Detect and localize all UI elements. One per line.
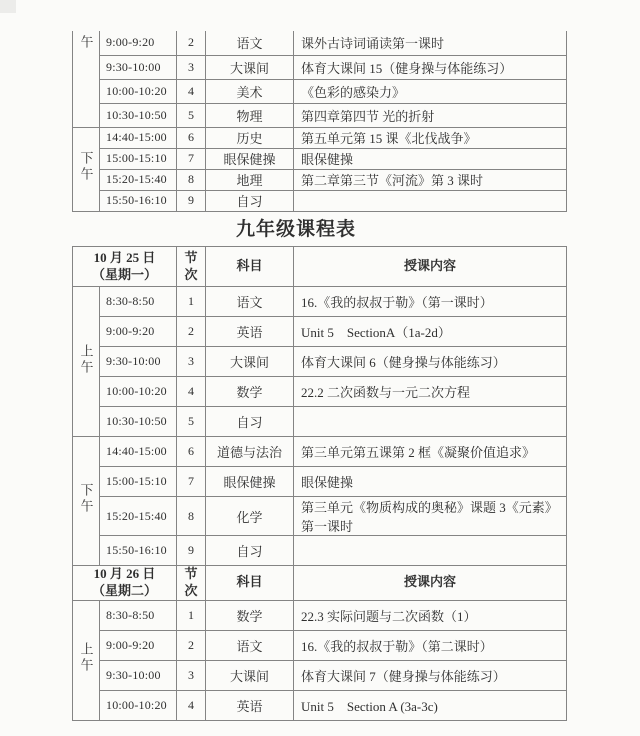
table-row: 下午 14:40-15:00 6 道德与法治 第三单元第五课第 2 框《凝聚价值… xyxy=(73,437,567,467)
subject-cell: 语文 xyxy=(206,31,294,55)
grade9-schedule-table: 10 月 25 日 （星期一） 节 次 科目 授课内容 上午 8:30-8:50… xyxy=(72,246,567,721)
subject-cell: 英语 xyxy=(206,317,294,347)
time-cell: 15:00-15:10 xyxy=(100,148,177,169)
content-cell xyxy=(294,190,567,211)
period-cell: 1 xyxy=(177,287,206,317)
morning-section-label: 午 xyxy=(73,31,100,127)
subject-cell: 大课间 xyxy=(206,55,294,79)
table-row: 15:20-15:40 8 地理 第二章第三节《河流》第 3 课时 xyxy=(73,169,567,190)
period-cell: 7 xyxy=(177,148,206,169)
subject-cell: 英语 xyxy=(206,690,294,720)
period-header-line2: 次 xyxy=(177,583,205,600)
content-cell: 第三单元《物质构成的奥秘》课题 3《元素》第一课时 xyxy=(294,497,567,536)
period-cell: 8 xyxy=(177,497,206,536)
table-row: 10:00-10:20 4 美术 《色彩的感染力》 xyxy=(73,79,567,103)
date-line2: （星期一） xyxy=(73,267,176,284)
content-cell: 第五单元第 15 课《北伐战争》 xyxy=(294,127,567,148)
subject-cell: 道德与法治 xyxy=(206,437,294,467)
date-header-cell: 10 月 26 日 （星期二） xyxy=(73,566,177,601)
content-cell xyxy=(294,536,567,566)
table-row: 9:30-10:00 3 大课间 体育大课间 7（健身操与体能练习） xyxy=(73,660,567,690)
time-cell: 9:00-9:20 xyxy=(100,31,177,55)
period-cell: 3 xyxy=(177,347,206,377)
table-row: 15:00-15:10 7 眼保健操 眼保健操 xyxy=(73,467,567,497)
period-cell: 2 xyxy=(177,31,206,55)
table-row: 10:30-10:50 5 自习 xyxy=(73,407,567,437)
subject-cell: 眼保健操 xyxy=(206,467,294,497)
content-cell: 体育大课间 7（健身操与体能练习） xyxy=(294,660,567,690)
period-cell: 2 xyxy=(177,317,206,347)
subject-cell: 美术 xyxy=(206,79,294,103)
subject-header-cell: 科目 xyxy=(206,247,294,287)
date-header-cell: 10 月 25 日 （星期一） xyxy=(73,247,177,287)
content-cell: Unit 5 SectionA（1a-2d） xyxy=(294,317,567,347)
table-row: 上午 8:30-8:50 1 数学 22.3 实际问题与二次函数（1） xyxy=(73,600,567,630)
time-cell: 10:30-10:50 xyxy=(100,103,177,127)
table-row: 10:00-10:20 4 英语 Unit 5 Section A (3a-3c… xyxy=(73,690,567,720)
time-cell: 10:00-10:20 xyxy=(100,377,177,407)
time-cell: 10:30-10:50 xyxy=(100,407,177,437)
period-header-line1: 节 xyxy=(177,566,205,583)
table-row: 午 9:00-9:20 2 语文 课外古诗词诵读第一课时 xyxy=(73,31,567,55)
time-cell: 15:00-15:10 xyxy=(100,467,177,497)
time-cell: 10:00-10:20 xyxy=(100,79,177,103)
content-cell: 22.2 二次函数与一元二次方程 xyxy=(294,377,567,407)
time-cell: 9:00-9:20 xyxy=(100,317,177,347)
content-cell: 第三单元第五课第 2 框《凝聚价值追求》 xyxy=(294,437,567,467)
time-cell: 10:00-10:20 xyxy=(100,690,177,720)
period-cell: 3 xyxy=(177,55,206,79)
subject-cell: 地理 xyxy=(206,169,294,190)
morning-label-text: 上午 xyxy=(80,642,93,674)
period-cell: 4 xyxy=(177,690,206,720)
period-cell: 5 xyxy=(177,103,206,127)
period-cell: 5 xyxy=(177,407,206,437)
period-header-line2: 次 xyxy=(177,267,205,284)
morning-section-label: 上午 xyxy=(73,600,100,720)
table-row: 10:00-10:20 4 数学 22.2 二次函数与一元二次方程 xyxy=(73,377,567,407)
table-row: 9:00-9:20 2 语文 16.《我的叔叔于勒》（第二课时） xyxy=(73,630,567,660)
subject-cell: 语文 xyxy=(206,287,294,317)
subject-cell: 化学 xyxy=(206,497,294,536)
period-cell: 6 xyxy=(177,437,206,467)
content-cell: 眼保健操 xyxy=(294,467,567,497)
table-row: 15:50-16:10 9 自习 xyxy=(73,190,567,211)
period-cell: 3 xyxy=(177,660,206,690)
content-cell xyxy=(294,407,567,437)
subject-cell: 语文 xyxy=(206,630,294,660)
content-cell: 16.《我的叔叔于勒》（第二课时） xyxy=(294,630,567,660)
table-row: 10:30-10:50 5 物理 第四章第四节 光的折射 xyxy=(73,103,567,127)
subject-cell: 数学 xyxy=(206,600,294,630)
content-header-cell: 授课内容 xyxy=(294,247,567,287)
morning-section-label: 上午 xyxy=(73,287,100,437)
subject-cell: 自习 xyxy=(206,536,294,566)
subject-cell: 大课间 xyxy=(206,347,294,377)
time-cell: 8:30-8:50 xyxy=(100,287,177,317)
time-cell: 9:30-10:00 xyxy=(100,660,177,690)
period-cell: 8 xyxy=(177,169,206,190)
table-row: 15:00-15:10 7 眼保健操 眼保健操 xyxy=(73,148,567,169)
subject-cell: 物理 xyxy=(206,103,294,127)
period-cell: 1 xyxy=(177,600,206,630)
table-row: 9:00-9:20 2 英语 Unit 5 SectionA（1a-2d） xyxy=(73,317,567,347)
content-cell: 16.《我的叔叔于勒》（第一课时） xyxy=(294,287,567,317)
content-cell: 眼保健操 xyxy=(294,148,567,169)
period-cell: 2 xyxy=(177,630,206,660)
subject-cell: 历史 xyxy=(206,127,294,148)
page-title: 九年级课程表 xyxy=(0,214,592,241)
content-cell: 第四章第四节 光的折射 xyxy=(294,103,567,127)
period-header-line1: 节 xyxy=(177,250,205,267)
day2-header-row: 10 月 26 日 （星期二） 节 次 科目 授课内容 xyxy=(73,566,567,601)
time-cell: 15:50-16:10 xyxy=(100,536,177,566)
time-cell: 15:20-15:40 xyxy=(100,169,177,190)
content-cell: 《色彩的感染力》 xyxy=(294,79,567,103)
content-header-cell: 授课内容 xyxy=(294,566,567,601)
time-cell: 15:50-16:10 xyxy=(100,190,177,211)
subject-cell: 自习 xyxy=(206,190,294,211)
content-cell: 第二章第三节《河流》第 3 课时 xyxy=(294,169,567,190)
time-cell: 14:40-15:00 xyxy=(100,127,177,148)
period-cell: 9 xyxy=(177,190,206,211)
date-line1: 10 月 26 日 xyxy=(73,566,176,583)
table-row: 15:20-15:40 8 化学 第三单元《物质构成的奥秘》课题 3《元素》第一… xyxy=(73,497,567,536)
time-cell: 9:30-10:00 xyxy=(100,55,177,79)
table-row: 9:30-10:00 3 大课间 体育大课间 6（健身操与体能练习） xyxy=(73,347,567,377)
subject-cell: 眼保健操 xyxy=(206,148,294,169)
table-row: 下午 14:40-15:00 6 历史 第五单元第 15 课《北伐战争》 xyxy=(73,127,567,148)
subject-cell: 数学 xyxy=(206,377,294,407)
period-cell: 4 xyxy=(177,377,206,407)
period-cell: 6 xyxy=(177,127,206,148)
content-cell: 课外古诗词诵读第一课时 xyxy=(294,31,567,55)
period-cell: 9 xyxy=(177,536,206,566)
day1-header-row: 10 月 25 日 （星期一） 节 次 科目 授课内容 xyxy=(73,247,567,287)
time-cell: 14:40-15:00 xyxy=(100,437,177,467)
content-cell: 体育大课间 6（健身操与体能练习） xyxy=(294,347,567,377)
partial-day-table: 午 9:00-9:20 2 语文 课外古诗词诵读第一课时 9:30-10:00 … xyxy=(72,31,567,212)
time-cell: 15:20-15:40 xyxy=(100,497,177,536)
period-header-cell: 节 次 xyxy=(177,566,206,601)
morning-label-text: 午 xyxy=(80,31,93,51)
time-cell: 8:30-8:50 xyxy=(100,600,177,630)
period-header-cell: 节 次 xyxy=(177,247,206,287)
time-cell: 9:00-9:20 xyxy=(100,630,177,660)
content-cell: Unit 5 Section A (3a-3c) xyxy=(294,690,567,720)
subject-header-cell: 科目 xyxy=(206,566,294,601)
afternoon-section-label: 下午 xyxy=(73,437,100,566)
subject-cell: 大课间 xyxy=(206,660,294,690)
time-cell: 9:30-10:00 xyxy=(100,347,177,377)
content-cell: 体育大课间 15（健身操与体能练习） xyxy=(294,55,567,79)
date-line2: （星期二） xyxy=(73,583,176,600)
morning-label-text: 上午 xyxy=(80,344,93,376)
table-row: 上午 8:30-8:50 1 语文 16.《我的叔叔于勒》（第一课时） xyxy=(73,287,567,317)
table-row: 15:50-16:10 9 自习 xyxy=(73,536,567,566)
afternoon-label-text: 下午 xyxy=(80,151,93,183)
date-line1: 10 月 25 日 xyxy=(73,250,176,267)
afternoon-section-label: 下午 xyxy=(73,127,100,211)
table-row: 9:30-10:00 3 大课间 体育大课间 15（健身操与体能练习） xyxy=(73,55,567,79)
period-cell: 7 xyxy=(177,467,206,497)
subject-cell: 自习 xyxy=(206,407,294,437)
content-cell: 22.3 实际问题与二次函数（1） xyxy=(294,600,567,630)
scan-artifact-patch xyxy=(0,0,16,13)
afternoon-label-text: 下午 xyxy=(80,483,93,515)
period-cell: 4 xyxy=(177,79,206,103)
